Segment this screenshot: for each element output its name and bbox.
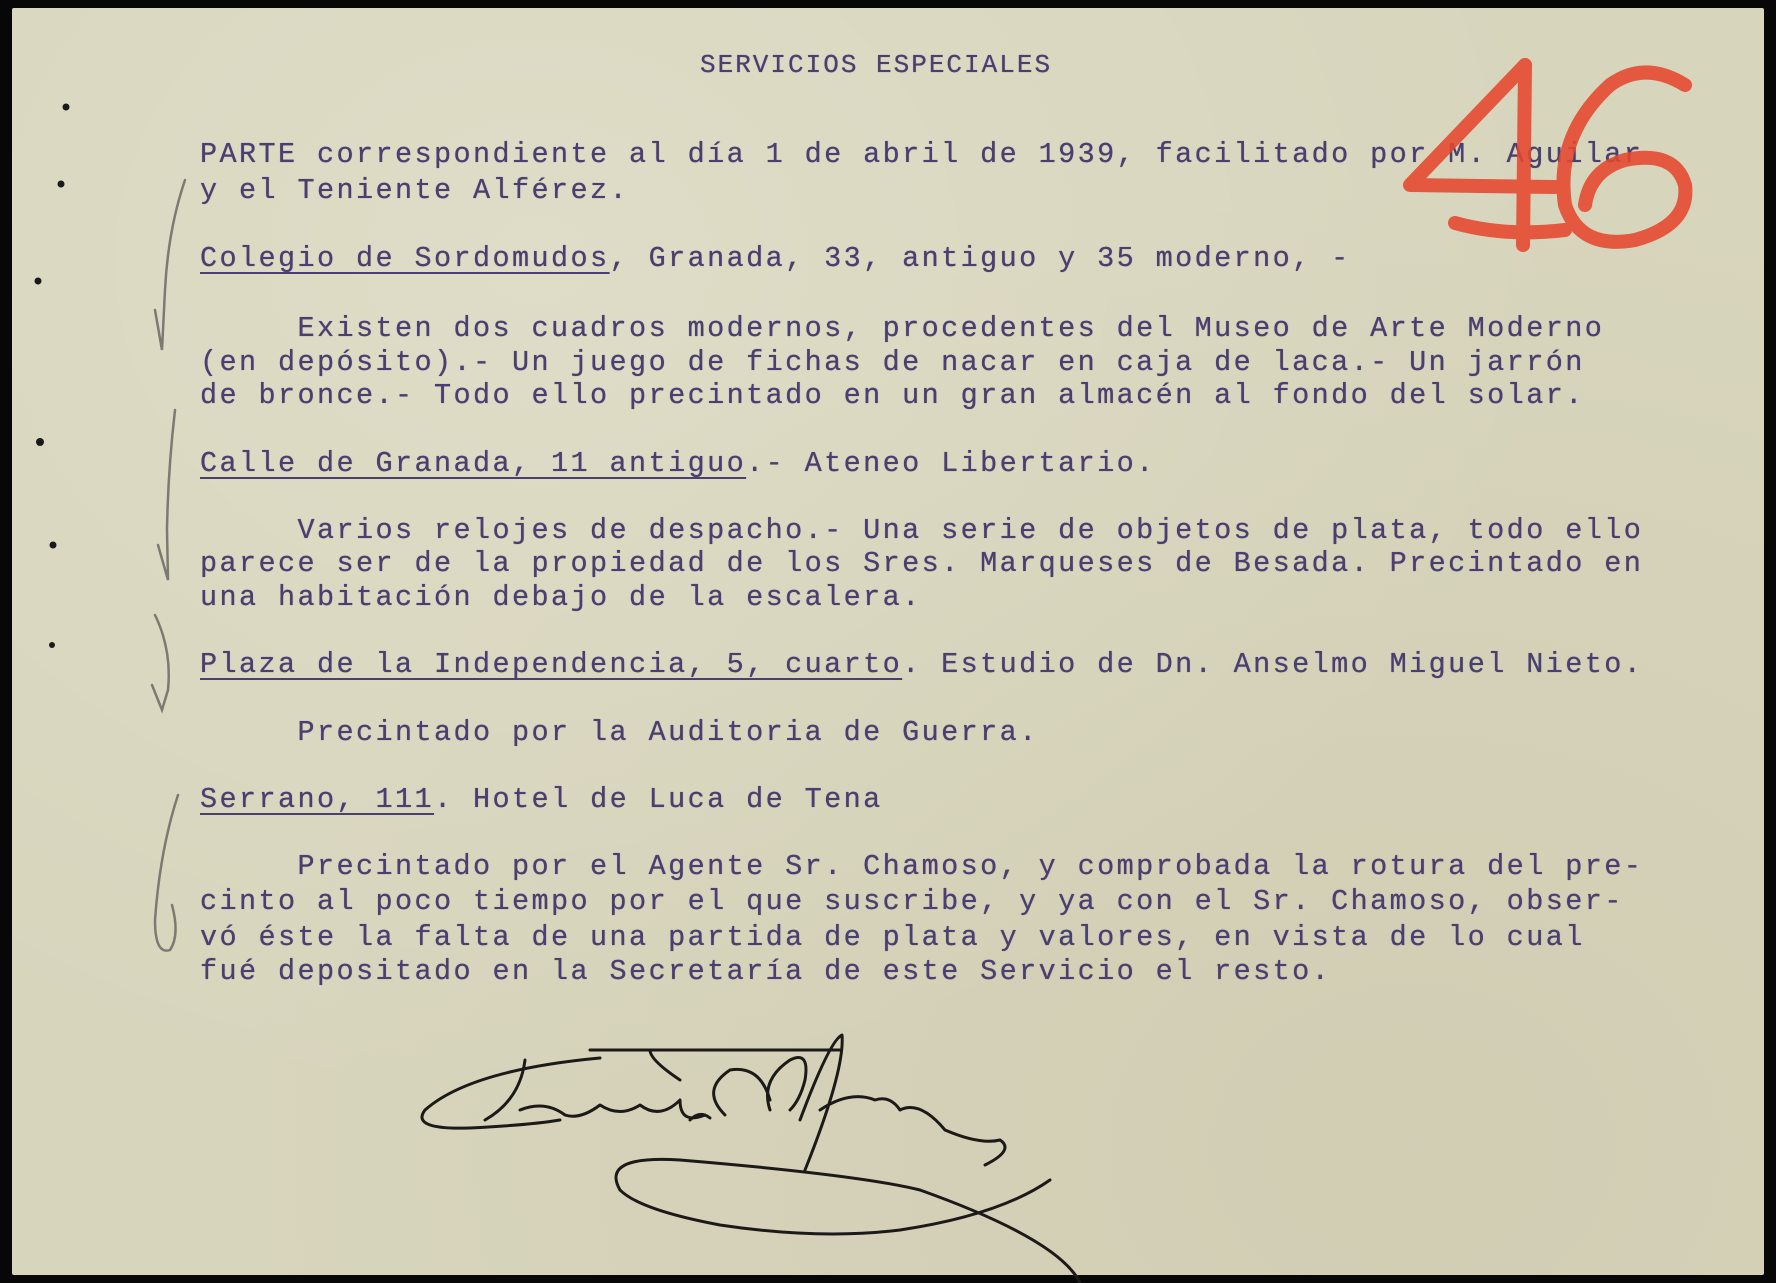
entry-body-line: vó éste la falta de una partida de plata… <box>200 921 1585 954</box>
entry-heading-rest: .- Ateneo Libertario. <box>746 447 1156 480</box>
entry-heading: Colegio de Sordomudos, Granada, 33, anti… <box>200 242 1351 275</box>
entry-body-line: parece ser de la propiedad de los Sres. … <box>200 547 1643 580</box>
entry-body-line: cinto al poco tiempo por el que suscribe… <box>200 885 1624 918</box>
entry-body-line: (en depósito).- Un juego de fichas de na… <box>200 346 1585 379</box>
entry-heading-underlined: Plaza de la Independencia, 5, cuarto <box>200 648 902 681</box>
entry-body-line: de bronce.- Todo ello precintado en un g… <box>200 379 1585 412</box>
entry-heading-underlined: Serrano, 111 <box>200 783 434 816</box>
folio-number-46 <box>1395 45 1715 265</box>
entry-heading-rest: , Granada, 33, antiguo y 35 moderno, - <box>610 242 1351 275</box>
document-header: SERVICIOS ESPECIALES <box>700 50 1052 80</box>
entry-body-line: fué depositado en la Secretaría de este … <box>200 955 1331 988</box>
entry-heading: Calle de Granada, 11 antiguo.- Ateneo Li… <box>200 447 1156 480</box>
entry-heading: Plaza de la Independencia, 5, cuarto. Es… <box>200 648 1643 681</box>
entry-body-line: Precintado por el Agente Sr. Chamoso, y … <box>200 850 1643 883</box>
entry-body-line: Varios relojes de despacho.- Una serie d… <box>200 514 1643 547</box>
entry-heading-underlined: Colegio de Sordomudos <box>200 242 610 275</box>
entry-heading-rest: . Hotel de Luca de Tena <box>434 783 883 816</box>
intro-line-2: y el Teniente Alférez. <box>200 174 629 207</box>
entry-body-line: Existen dos cuadros modernos, procedente… <box>200 312 1604 345</box>
entry-body-line: una habitación debajo de la escalera. <box>200 581 922 614</box>
entry-heading-underlined: Calle de Granada, 11 antiguo <box>200 447 746 480</box>
entry-body-line: Precintado por la Auditoria de Guerra. <box>200 716 1039 749</box>
entry-heading: Serrano, 111. Hotel de Luca de Tena <box>200 783 883 816</box>
entry-heading-rest: . Estudio de Dn. Anselmo Miguel Nieto. <box>902 648 1643 681</box>
